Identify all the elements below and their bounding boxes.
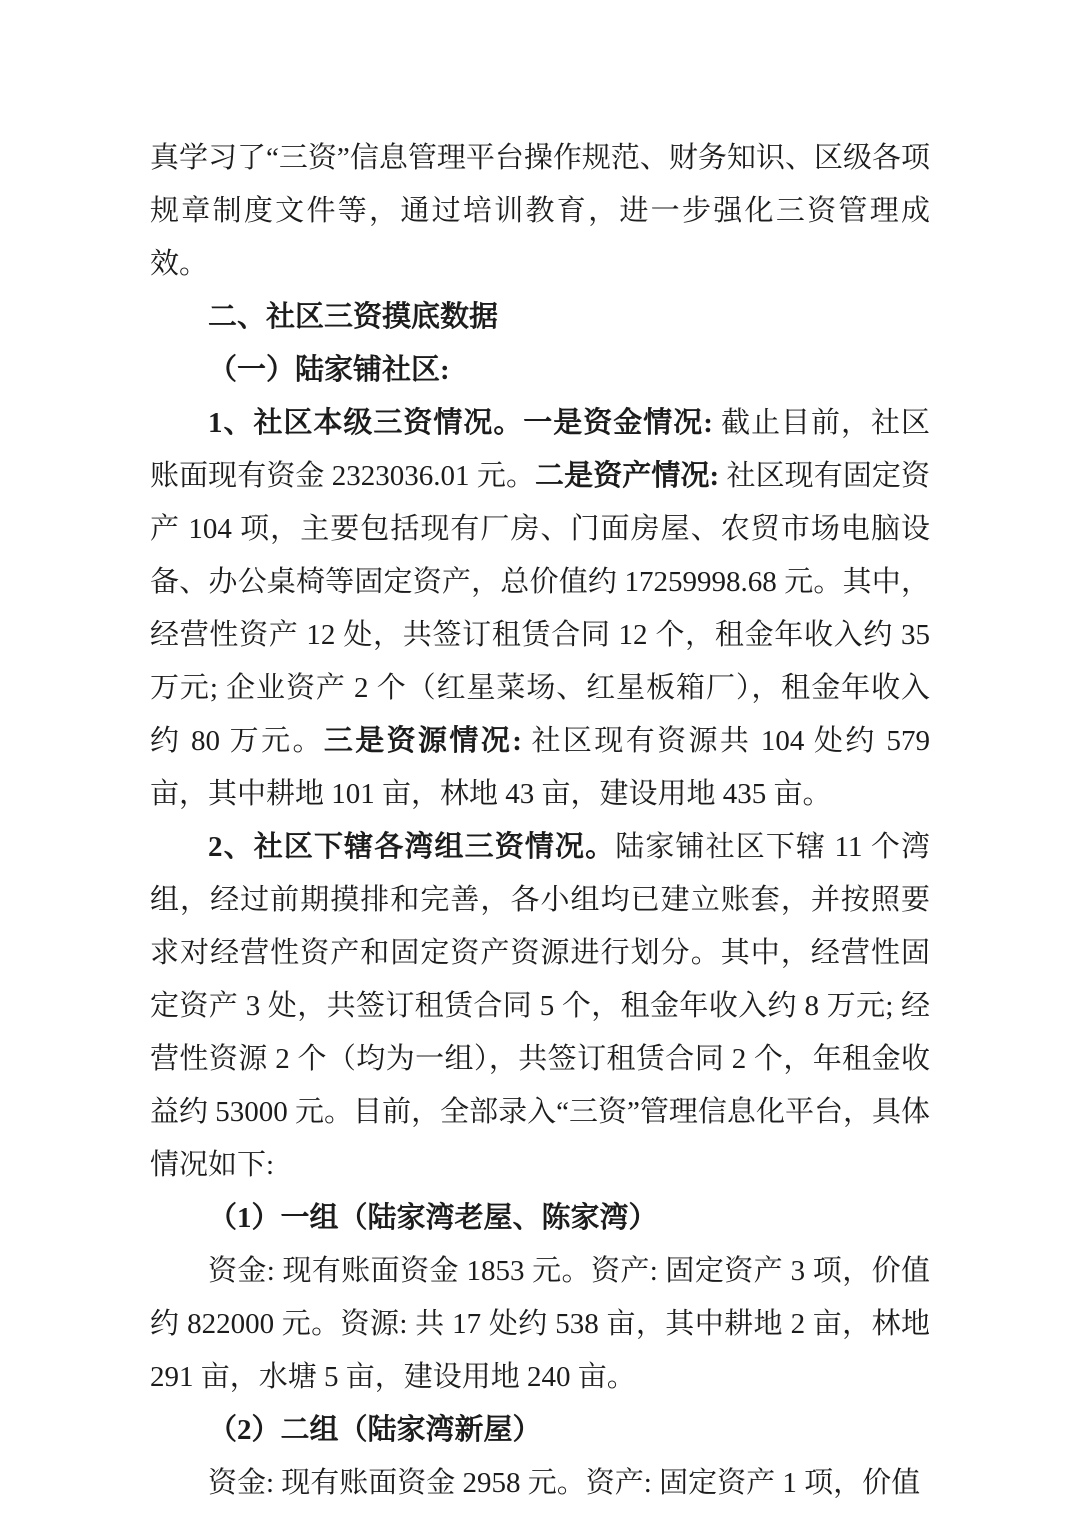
- group1-paragraph: 资金: 现有账面资金 1853 元。资产: 固定资产 3 项，价值约 82200…: [150, 1245, 930, 1404]
- community-level-paragraph: 1、社区本级三资情况。一是资金情况: 截止目前，社区账面现有资金 2323036…: [150, 397, 930, 821]
- subsection-heading: （一）陆家铺社区:: [150, 344, 930, 397]
- groups-lead-bold-run: 2、社区下辖各湾组三资情况。: [208, 831, 615, 863]
- group2-paragraph: 资金: 现有账面资金 2958 元。资产: 固定资产 1 项，价值: [150, 1457, 930, 1510]
- groups-overview-paragraph: 2、社区下辖各湾组三资情况。陆家铺社区下辖 11 个湾组，经过前期摸排和完善，各…: [150, 821, 930, 1192]
- groups-text-run: 陆家铺社区下辖 11 个湾组，经过前期摸排和完善，各小组均已建立账套，并按照要求…: [150, 831, 930, 1181]
- section-heading: 二、社区三资摸底数据: [150, 291, 930, 344]
- assets-label-bold-run: 二是资产情况:: [535, 460, 719, 492]
- document-page: 真学习了“三资”信息管理平台操作规范、财务知识、区级各项规章制度文件等，通过培训…: [0, 0, 1074, 1520]
- group2-heading: （2）二组（陆家湾新屋）: [150, 1404, 930, 1457]
- funds-label-bold-run: 1、社区本级三资情况。一是资金情况:: [208, 407, 713, 439]
- group1-heading: （1）一组（陆家湾老屋、陈家湾）: [150, 1192, 930, 1245]
- continuation-paragraph: 真学习了“三资”信息管理平台操作规范、财务知识、区级各项规章制度文件等，通过培训…: [150, 132, 930, 291]
- assets-text-run: 社区现有固定资产 104 项，主要包括现有厂房、门面房屋、农贸市场电脑设备、办公…: [150, 460, 930, 757]
- resources-label-bold-run: 三是资源情况:: [324, 725, 522, 757]
